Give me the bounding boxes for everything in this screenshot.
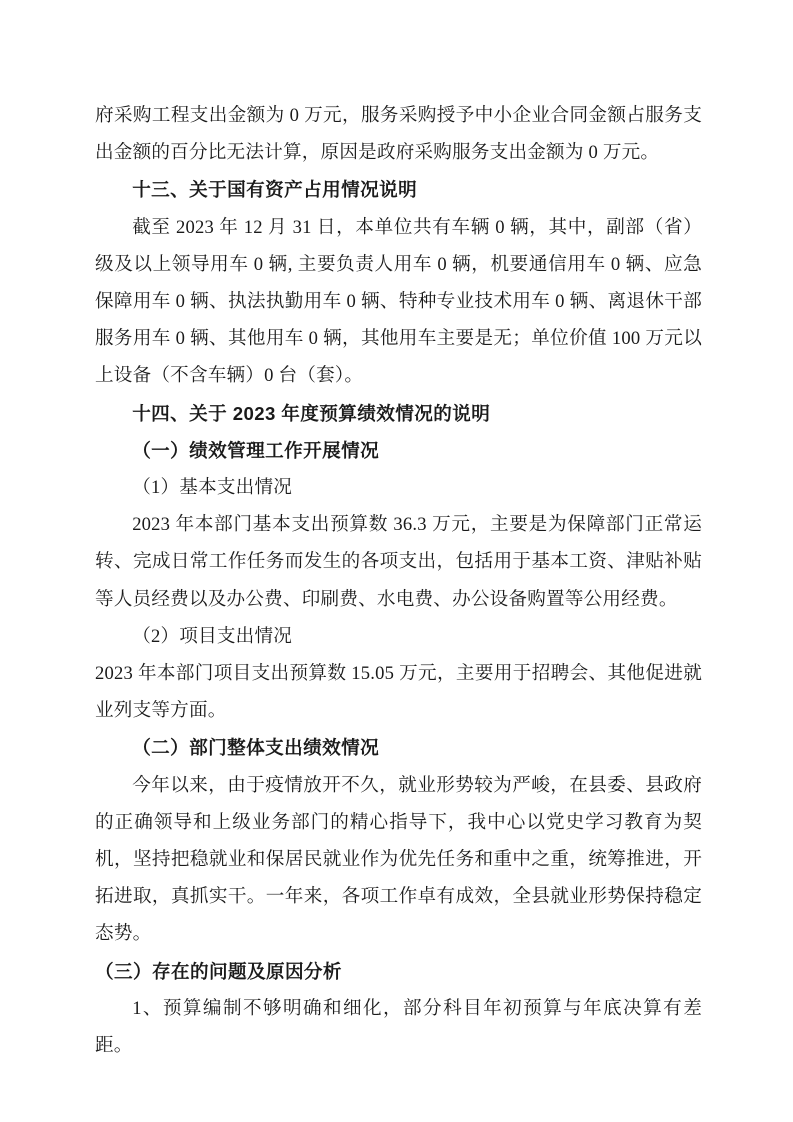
document-content: 府采购工程支出金额为 0 万元，服务采购授予中小企业合同金额占服务支出金额的百分… — [95, 97, 702, 1064]
heading-sub-1-performance-management: （一）绩效管理工作开展情况 — [95, 432, 702, 469]
heading-sub-3-problems-analysis: （三）存在的问题及原因分析 — [95, 953, 702, 990]
paragraph-vehicle-assets: 截至 2023 年 12 月 31 日，本单位共有车辆 0 辆，其中，副部（省）… — [95, 209, 702, 395]
heading-section-13-state-assets: 十三、关于国有资产占用情况说明 — [95, 171, 702, 208]
paragraph-project-expenditure-detail: 2023 年本部门项目支出预算数 15.05 万元，主要用于招聘会、其他促进就业… — [95, 655, 702, 729]
document-page: 府采购工程支出金额为 0 万元，服务采购授予中小企业合同金额占服务支出金额的百分… — [0, 0, 793, 1122]
subheading-basic-expenditure: （1）基本支出情况 — [95, 469, 702, 506]
paragraph-basic-expenditure-detail: 2023 年本部门基本支出预算数 36.3 万元，主要是为保障部门正常运转、完成… — [95, 506, 702, 618]
paragraph-procurement-continuation: 府采购工程支出金额为 0 万元，服务采购授予中小企业合同金额占服务支出金额的百分… — [95, 97, 702, 171]
paragraph-problem-1-budget-preparation: 1、预算编制不够明确和细化，部分科目年初预算与年底决算有差距。 — [95, 990, 702, 1064]
heading-sub-2-overall-expenditure-performance: （二）部门整体支出绩效情况 — [95, 729, 702, 766]
heading-section-14-budget-performance: 十四、关于 2023 年度预算绩效情况的说明 — [95, 395, 702, 432]
subheading-project-expenditure: （2）项目支出情况 — [95, 618, 702, 655]
paragraph-overall-performance-detail: 今年以来，由于疫情放开不久，就业形势较为严峻，在县委、县政府的正确领导和上级业务… — [95, 767, 702, 953]
